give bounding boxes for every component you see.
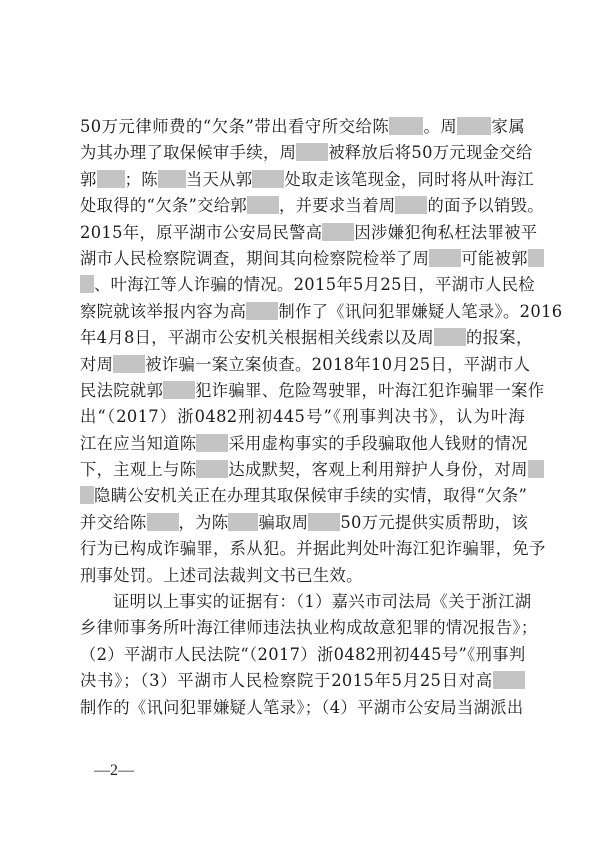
redaction-box xyxy=(528,249,544,267)
text-segment: （2）平湖市人民法院“（2017）浙0482刑初445号”《刑事判 xyxy=(80,645,526,664)
text-segment: 下，主观上与陈 xyxy=(80,460,196,479)
text-line: 隐瞒公安机关正在办理其取保候审手续的实情，取得“欠条” xyxy=(80,483,525,509)
text-segment: 刑事处罚。上述司法裁判文书已生效。 xyxy=(80,566,363,585)
text-line: 、叶海江等人诈骗的情况。2015年5月25日，平湖市人民检 xyxy=(80,272,525,298)
text-segment: ，为陈 xyxy=(179,513,229,532)
text-line: 行为已构成诈骗罪，系从犯。并据此判处叶海江犯诈骗罪，免予 xyxy=(80,536,525,562)
text-line: 江在应当知道陈采用虚构事实的手段骗取他人钱财的情况 xyxy=(80,431,525,457)
paragraph-facts: 50万元律师费的“欠条”带出看守所交给陈。周家属为其办理了取保候审手续，周被释放… xyxy=(80,114,525,589)
text-segment: 湖市人民检察院调查，期间其向检察院检举了周 xyxy=(80,249,429,268)
text-line: 2015年，原平湖市公安局民警高因涉嫌犯徇私枉法罪被平 xyxy=(80,220,525,246)
text-line: 对周被诈骗一案立案侦查。2018年10月25日，平湖市人 xyxy=(80,352,525,378)
redaction-box xyxy=(493,671,525,689)
redaction-box xyxy=(80,275,94,293)
text-segment: 并交给陈 xyxy=(80,513,147,532)
redaction-box xyxy=(247,196,279,214)
text-segment: 处取得的“欠条”交给郭 xyxy=(80,196,247,215)
paragraph-evidence: 证明以上事实的证据有：（1）嘉兴市司法局《关于浙江湖乡律师事务所叶海江律师违法执… xyxy=(80,589,525,721)
text-segment: ，并要求当着周 xyxy=(279,196,395,215)
text-segment: 的报案， xyxy=(466,328,533,347)
text-line: （2）平湖市人民法院“（2017）浙0482刑初445号”《刑事判 xyxy=(80,642,525,668)
text-segment: 年4月8日，平湖市公安机关根据相关线索以及周 xyxy=(80,328,434,347)
redaction-box xyxy=(163,381,195,399)
redaction-box xyxy=(80,486,94,504)
text-segment: 证明以上事实的证据有：（1）嘉兴市司法局《关于浙江湖 xyxy=(113,592,531,611)
redaction-box xyxy=(395,196,427,214)
text-line: 制作的《讯问犯罪嫌疑人笔录》；（4）平湖市公安局当湖派出 xyxy=(80,695,525,721)
text-line: 察院就该举报内容为高制作了《讯问犯罪嫌疑人笔录》。2016 xyxy=(80,299,525,325)
page-number: —2— xyxy=(94,762,134,780)
text-segment: 50万元提供实质帮助，该 xyxy=(340,513,528,532)
text-segment: 因涉嫌犯徇私枉法罪被平 xyxy=(354,223,537,242)
text-line: 为其办理了取保候审手续，周被释放后将50万元现金交给 xyxy=(80,140,525,166)
text-segment: 隐瞒公安机关正在办理其取保候审手续的实情，取得“欠条” xyxy=(94,486,527,505)
text-line: 湖市人民检察院调查，期间其向检察院检举了周可能被郭 xyxy=(80,246,525,272)
document-body: 50万元律师费的“欠条”带出看守所交给陈。周家属为其办理了取保候审手续，周被释放… xyxy=(80,114,525,721)
redaction-box xyxy=(97,170,125,188)
redaction-box xyxy=(147,513,179,531)
redaction-box xyxy=(322,223,354,241)
text-segment: 对周 xyxy=(80,355,113,374)
redaction-box xyxy=(429,249,461,267)
text-line: 并交给陈，为陈骗取周50万元提供实质帮助，该 xyxy=(80,510,525,536)
text-line: 出“（2017）浙0482刑初445号”《刑事判决书》，认为叶海 xyxy=(80,404,525,430)
redaction-box xyxy=(113,355,145,373)
text-segment: 骗取周 xyxy=(258,513,308,532)
text-line: 证明以上事实的证据有：（1）嘉兴市司法局《关于浙江湖 xyxy=(80,589,525,615)
text-segment: 决书》；（3）平湖市人民检察院于2015年5月25日对高 xyxy=(80,671,493,690)
text-segment: 察院就该举报内容为高 xyxy=(80,302,246,321)
redaction-box xyxy=(308,513,340,531)
text-segment: ；陈 xyxy=(125,170,158,189)
redaction-box xyxy=(246,302,278,320)
redaction-box xyxy=(252,170,284,188)
text-segment: 制作了《讯问犯罪嫌疑人笔录》。2016 xyxy=(278,302,562,321)
redaction-box xyxy=(158,170,186,188)
redaction-box xyxy=(196,434,228,452)
document-page: 50万元律师费的“欠条”带出看守所交给陈。周家属为其办理了取保候审手续，周被释放… xyxy=(0,0,600,848)
redaction-box xyxy=(389,117,423,135)
redaction-box xyxy=(457,117,491,135)
text-line: 处取得的“欠条”交给郭，并要求当着周的面予以销毁。 xyxy=(80,193,525,219)
text-segment: 处取走该笔现金，同时将从叶海江 xyxy=(284,170,533,189)
text-segment: 被释放后将50万元现金交给 xyxy=(328,143,532,162)
text-segment: 可能被郭 xyxy=(461,249,528,268)
text-segment: 为其办理了取保候审手续，周 xyxy=(80,143,296,162)
text-segment: 2015年，原平湖市公安局民警高 xyxy=(80,223,322,242)
redaction-box xyxy=(528,460,544,478)
redaction-box xyxy=(228,513,258,531)
text-line: 乡律师事务所叶海江律师违法执业构成故意犯罪的情况报告》； xyxy=(80,615,525,641)
text-segment: 犯诈骗罪、危险驾驶罪，叶海江犯诈骗罪一案作 xyxy=(195,381,544,400)
text-segment: 。周 xyxy=(423,117,457,136)
text-segment: 乡律师事务所叶海江律师违法执业构成故意犯罪的情况报告》； xyxy=(80,618,538,637)
text-segment: 50万元律师费的“欠条”带出看守所交给陈 xyxy=(80,117,389,136)
text-line: 民法院就郭犯诈骗罪、危险驾驶罪，叶海江犯诈骗罪一案作 xyxy=(80,378,525,404)
redaction-box xyxy=(196,460,228,478)
text-segment: 、叶海江等人诈骗的情况。2015年5月25日，平湖市人民检 xyxy=(94,275,535,294)
text-segment: 家属 xyxy=(491,117,525,136)
text-segment: 行为已构成诈骗罪，系从犯。并据此判处叶海江犯诈骗罪，免予 xyxy=(80,539,546,558)
text-segment: 被诈骗一案立案侦查。2018年10月25日，平湖市人 xyxy=(145,355,530,374)
text-line: 决书》；（3）平湖市人民检察院于2015年5月25日对高 xyxy=(80,668,525,694)
text-segment: 出“（2017）浙0482刑初445号”《刑事判决书》，认为叶海 xyxy=(80,407,525,426)
text-segment: 江在应当知道陈 xyxy=(80,434,196,453)
text-segment: 的面予以销毁。 xyxy=(427,196,543,215)
text-segment: 民法院就郭 xyxy=(80,381,163,400)
text-segment: 当天从郭 xyxy=(186,170,253,189)
text-line: 下，主观上与陈达成默契，客观上利用辩护人身份，对周 xyxy=(80,457,525,483)
text-segment: 制作的《讯问犯罪嫌疑人笔录》；（4）平湖市公安局当湖派出 xyxy=(80,698,523,717)
redaction-box xyxy=(434,328,466,346)
text-segment: 采用虚构事实的手段骗取他人钱财的情况 xyxy=(228,434,527,453)
text-segment: 达成默契，客观上利用辩护人身份，对周 xyxy=(228,460,527,479)
text-line: 年4月8日，平湖市公安机关根据相关线索以及周的报案， xyxy=(80,325,525,351)
text-line: 郭；陈当天从郭处取走该笔现金，同时将从叶海江 xyxy=(80,167,525,193)
text-segment: 郭 xyxy=(80,170,97,189)
text-line: 50万元律师费的“欠条”带出看守所交给陈。周家属 xyxy=(80,114,525,140)
text-line: 刑事处罚。上述司法裁判文书已生效。 xyxy=(80,563,525,589)
redaction-box xyxy=(296,143,328,161)
